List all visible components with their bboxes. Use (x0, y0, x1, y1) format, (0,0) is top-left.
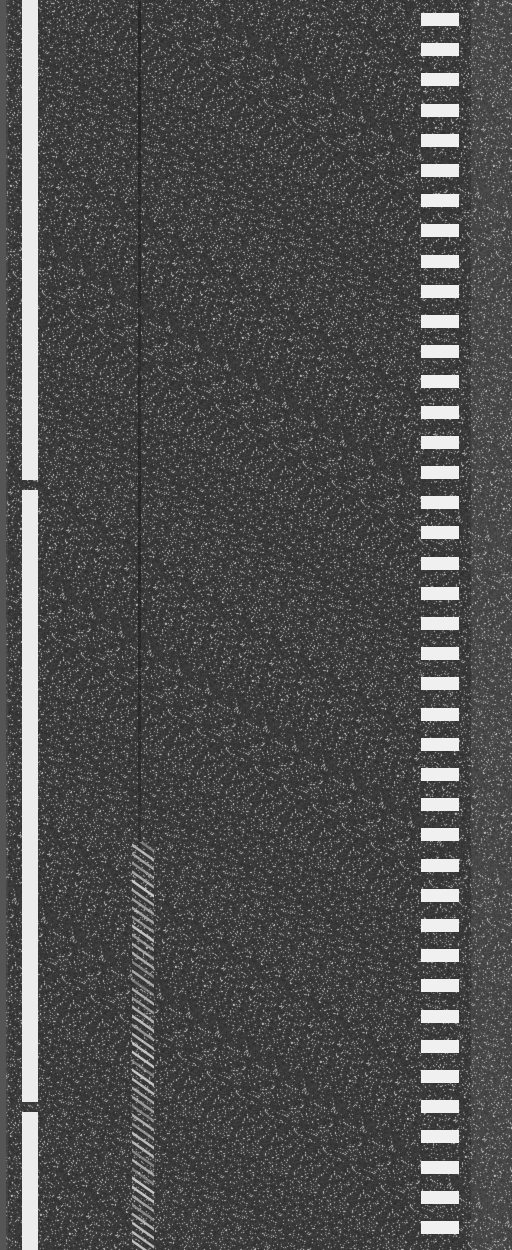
road-shoulder (0, 0, 6, 1250)
lane-dash (421, 798, 459, 811)
hatch-stroke (132, 1122, 154, 1140)
hatch-stroke (132, 924, 154, 942)
lane-dash (421, 285, 459, 298)
lane-dash (421, 43, 459, 56)
hatch-stroke (132, 960, 154, 978)
lane-dash (421, 1100, 459, 1113)
hatch-stroke (132, 1230, 154, 1248)
hatch-stroke (132, 969, 154, 987)
lane-dash (421, 617, 459, 630)
hatch-stroke (132, 843, 154, 861)
lane-dash (421, 104, 459, 117)
hatch-stroke (132, 1140, 154, 1158)
hatch-stroke (132, 897, 154, 915)
hatch-stroke (132, 1086, 154, 1104)
left-edge-line (22, 0, 38, 480)
hatch-stroke (132, 942, 154, 960)
lane-dash (421, 828, 459, 841)
lane-dash (421, 1130, 459, 1143)
lane-dash (421, 406, 459, 419)
lane-dash (421, 768, 459, 781)
hatch-stroke (132, 1194, 154, 1212)
lane-dash (421, 134, 459, 147)
hatch-stroke (132, 978, 154, 996)
hatch-stroke (132, 1014, 154, 1032)
lane-dash (421, 164, 459, 177)
lane-dash (421, 1070, 459, 1083)
hatch-stroke (132, 1149, 154, 1167)
hatch-stroke (132, 1005, 154, 1023)
lane-dash (421, 13, 459, 26)
lane-dash (421, 194, 459, 207)
lane-dash (421, 647, 459, 660)
hatch-stroke (132, 987, 154, 1005)
hatch-stroke (132, 1095, 154, 1113)
left-edge-line (22, 490, 38, 1102)
lane-dash (421, 1221, 459, 1234)
hatch-stroke (132, 1023, 154, 1041)
lane-dash (421, 677, 459, 690)
lane-dash (421, 255, 459, 268)
worn-hatch-marking (130, 842, 154, 1250)
hatch-stroke (132, 870, 154, 888)
lane-dash (421, 738, 459, 751)
hatch-stroke (132, 1032, 154, 1050)
hatch-stroke (132, 879, 154, 897)
lane-dash (421, 859, 459, 872)
hatch-stroke (132, 1176, 154, 1194)
road-surface (0, 0, 512, 1250)
lane-dash (421, 949, 459, 962)
lane-dash (421, 587, 459, 600)
hatch-stroke (132, 1167, 154, 1185)
lane-dash (421, 496, 459, 509)
lane-dash (421, 224, 459, 237)
hatch-stroke (132, 1221, 154, 1239)
lane-dash (421, 919, 459, 932)
hatch-stroke (132, 915, 154, 933)
hatch-stroke (132, 861, 154, 879)
pavement-crack (138, 0, 141, 850)
hatch-stroke (132, 1068, 154, 1086)
lane-dash (421, 1191, 459, 1204)
lane-dash (421, 315, 459, 328)
lane-dash (421, 466, 459, 479)
hatch-stroke (132, 933, 154, 951)
lane-dash (421, 375, 459, 388)
hatch-stroke (132, 1212, 154, 1230)
hatch-stroke (132, 996, 154, 1014)
lane-dash (421, 1010, 459, 1023)
lane-dash (421, 526, 459, 539)
hatch-stroke (132, 1050, 154, 1068)
lane-dash (421, 1161, 459, 1174)
lane-dash (421, 436, 459, 449)
hatch-stroke (132, 1131, 154, 1149)
lane-dash (421, 979, 459, 992)
hatch-stroke (132, 1158, 154, 1176)
hatch-stroke (132, 888, 154, 906)
lane-dash (421, 345, 459, 358)
hatch-stroke (132, 1113, 154, 1131)
lane-dash (421, 1040, 459, 1053)
hatch-stroke (132, 1059, 154, 1077)
hatch-stroke (132, 1185, 154, 1203)
hatch-stroke (132, 852, 154, 870)
hatch-stroke (132, 1041, 154, 1059)
lane-dash (421, 889, 459, 902)
left-edge-line (22, 1112, 38, 1250)
lane-dash (421, 73, 459, 86)
lane-dash (421, 708, 459, 721)
hatch-stroke (132, 1203, 154, 1221)
lane-dash (421, 557, 459, 570)
hatch-stroke (132, 951, 154, 969)
hatch-stroke (132, 906, 154, 924)
hatch-stroke (132, 1077, 154, 1095)
hatch-stroke (132, 1104, 154, 1122)
